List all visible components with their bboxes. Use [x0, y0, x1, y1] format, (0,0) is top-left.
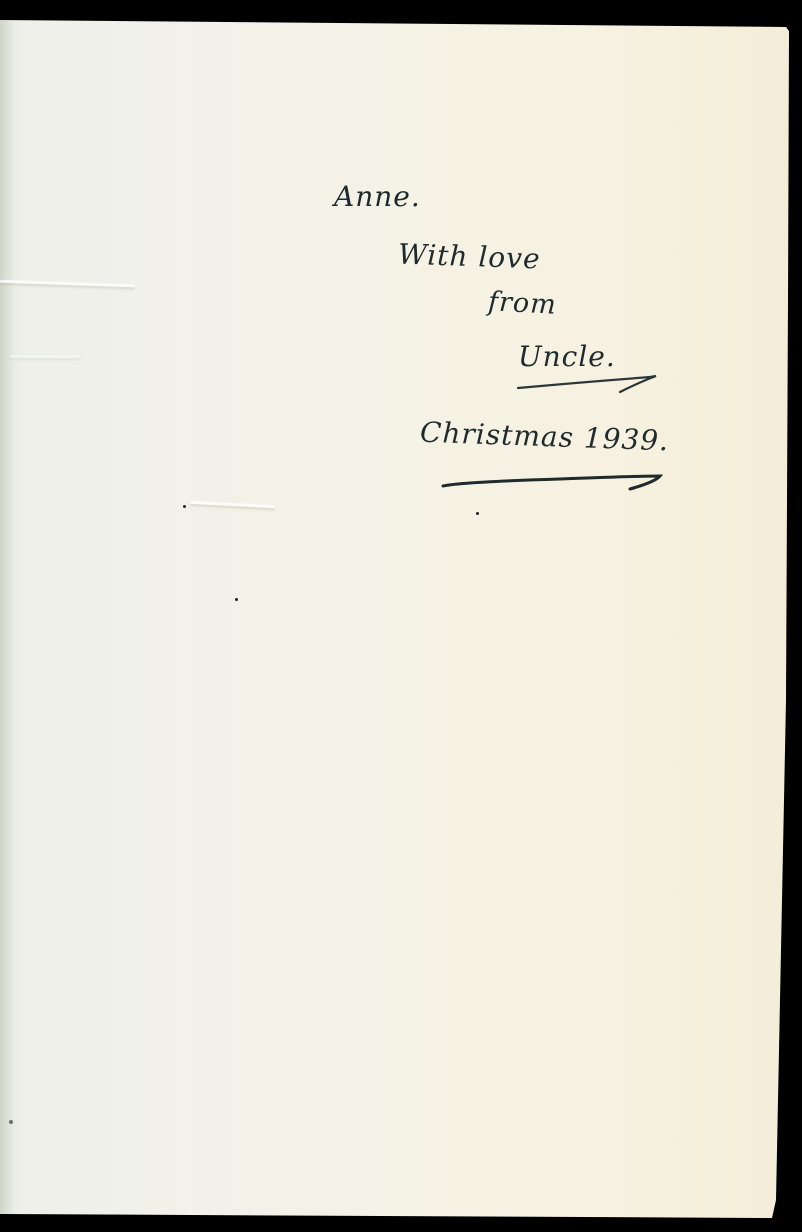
signature-underline: [518, 376, 656, 392]
underline-strokes: [0, 0, 802, 1232]
date-underline: [443, 476, 660, 489]
